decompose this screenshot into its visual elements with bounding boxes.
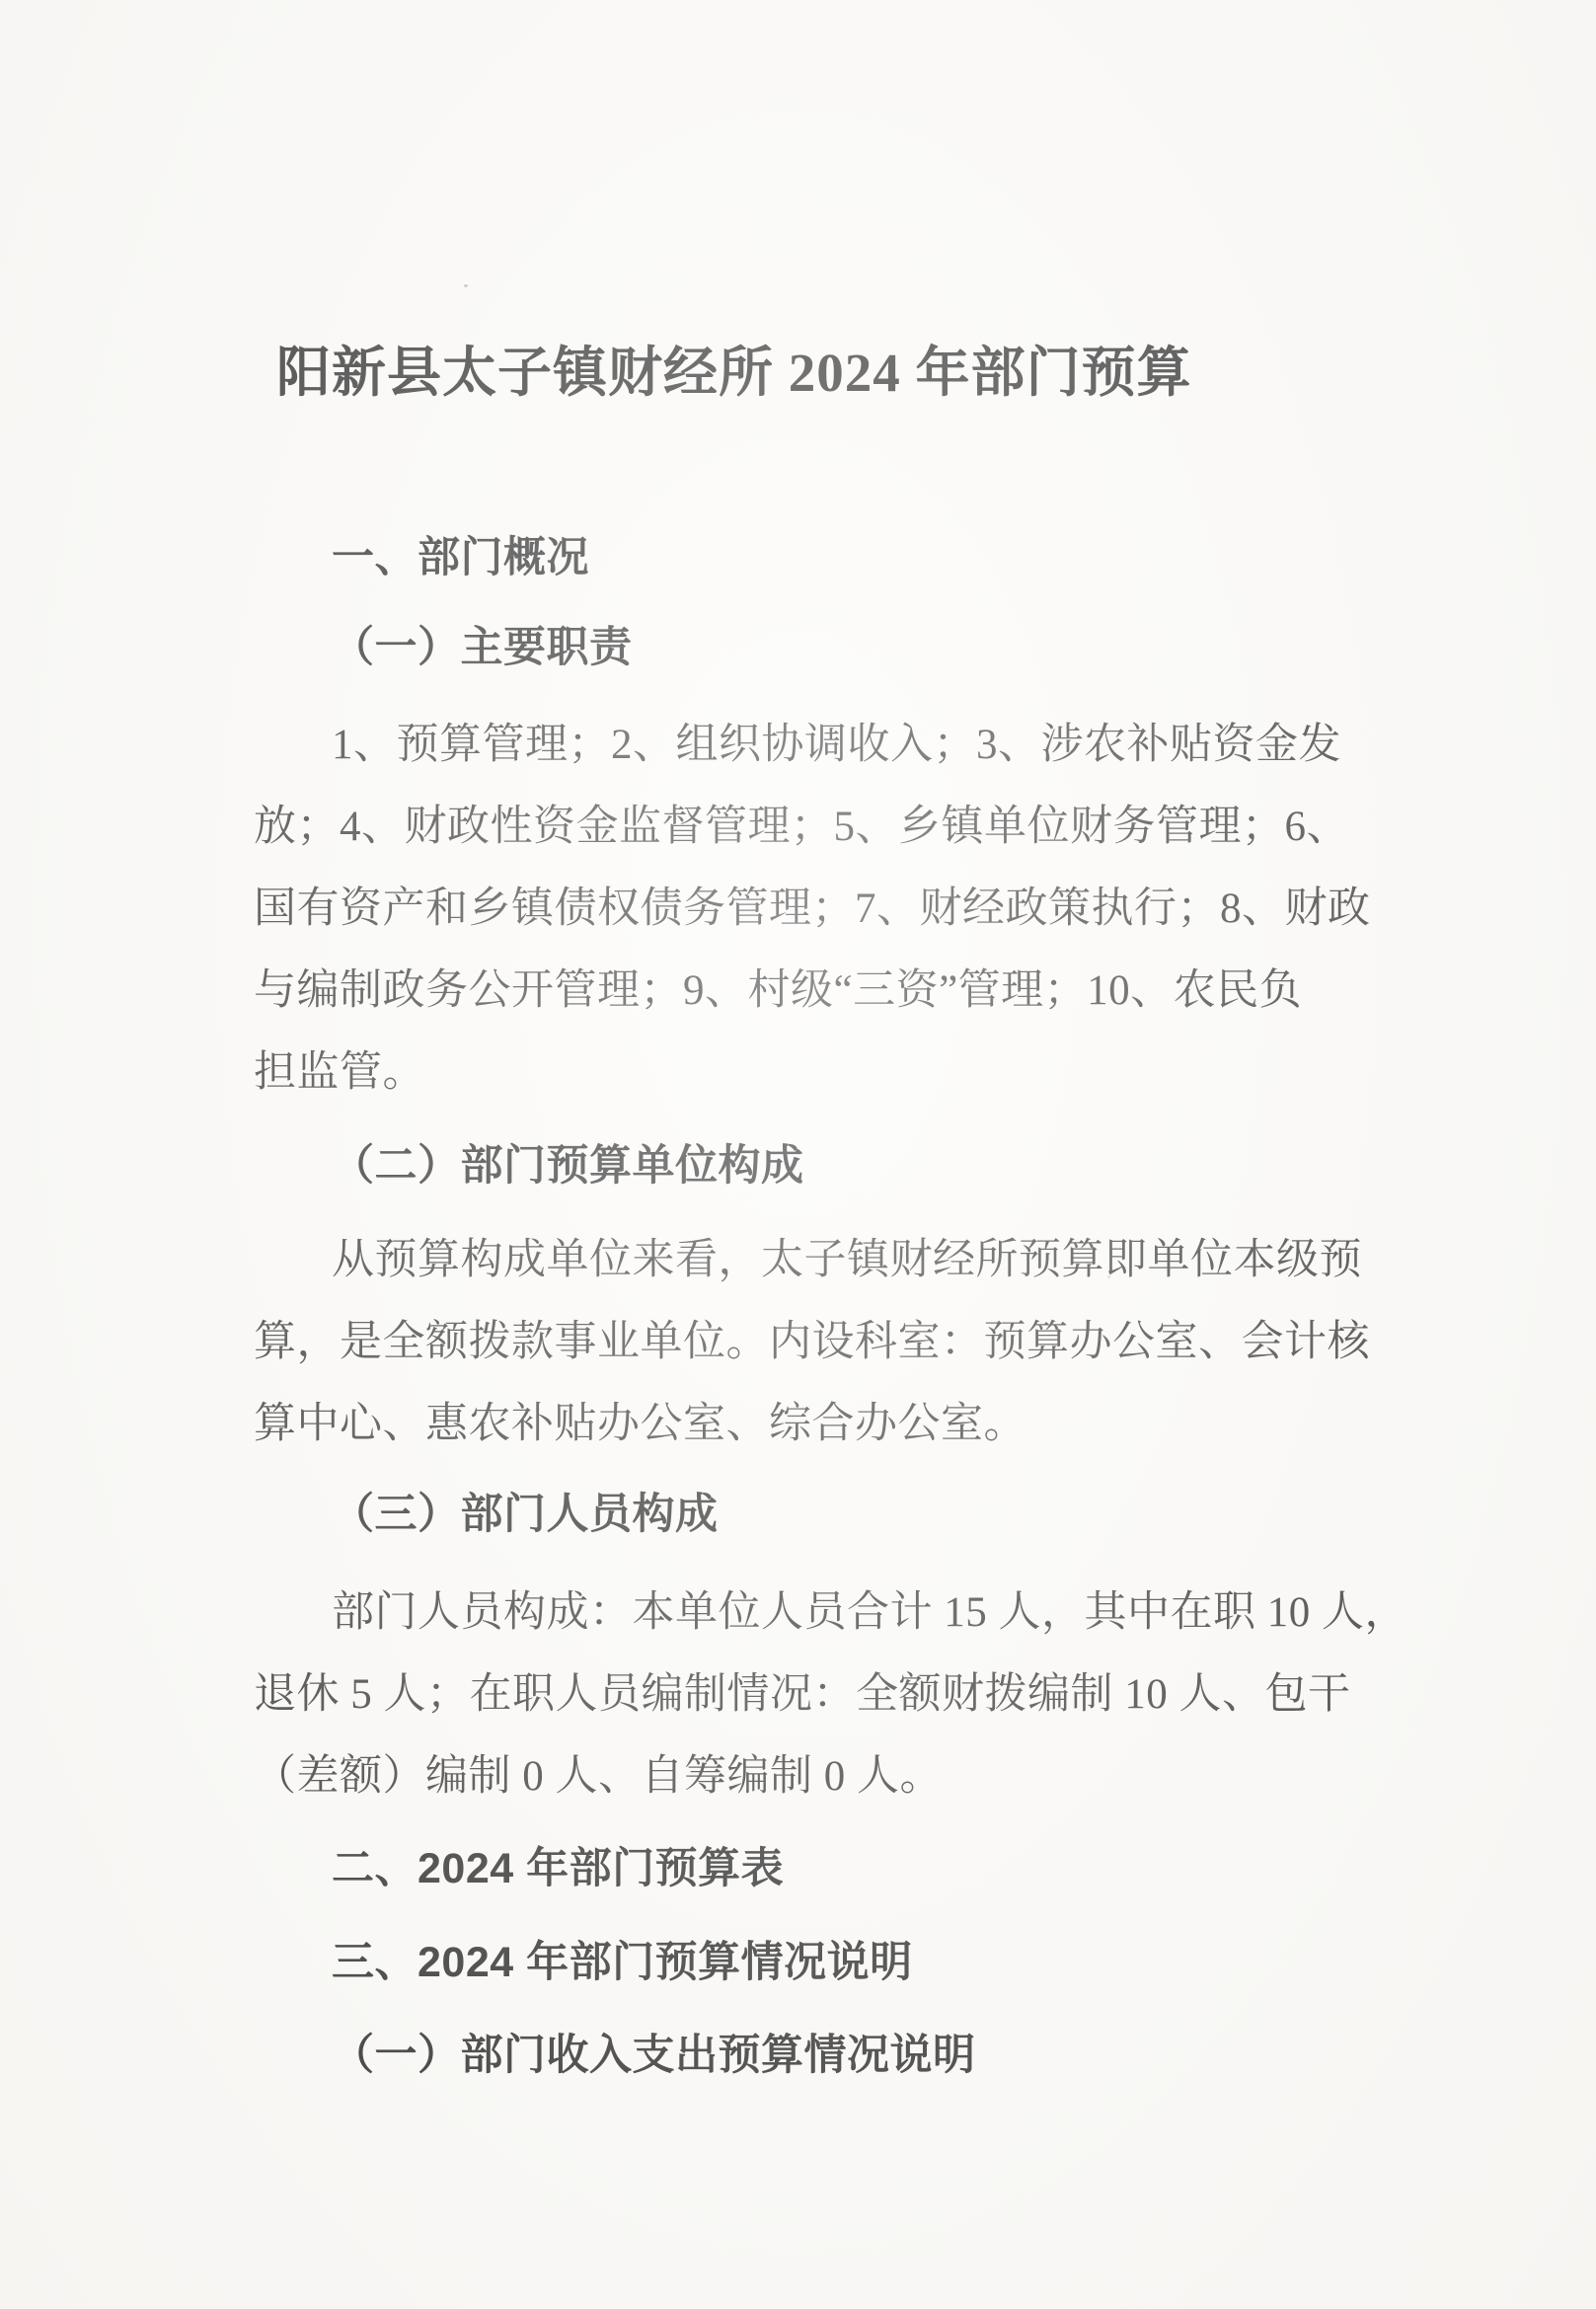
paragraph-unit-line-1: 从预算构成单位来看，太子镇财经所预算即单位本级预 xyxy=(332,1219,1362,1302)
paragraph-duties-line-4: 与编制政务公开管理；9、村级“三资”管理；10、农民负 xyxy=(254,950,1302,1033)
subsection-heading-income-expense-notes: （一）部门收入支出预算情况说明 xyxy=(332,2015,976,2098)
paragraph-duties-line-5: 担监管。 xyxy=(254,1032,425,1115)
paragraph-duties-line-1: 1、预算管理；2、组织协调收入；3、涉农补贴资金发 xyxy=(332,704,1341,787)
section-heading-budget-notes: 三、2024 年部门预算情况说明 xyxy=(332,1921,913,2004)
subsection-heading-duties: （一）主要职责 xyxy=(332,607,633,690)
document-title: 阳新县太子镇财经所 2024 年部门预算 xyxy=(276,332,1192,415)
section-heading-budget-table: 二、2024 年部门预算表 xyxy=(332,1827,784,1910)
paragraph-staff-line-2: 退休 5 人；在职人员编制情况：全额财拨编制 10 人、包干 xyxy=(254,1654,1351,1736)
paragraph-staff-line-1: 部门人员构成：本单位人员合计 15 人，其中在职 10 人， xyxy=(332,1572,1407,1655)
paragraph-staff-line-3: （差额）编制 0 人、自筹编制 0 人。 xyxy=(254,1735,943,1818)
paragraph-duties-line-2: 放；4、财政性资金监督管理；5、乡镇单位财务管理；6、 xyxy=(254,786,1349,869)
subsection-heading-unit-composition: （二）部门预算单位构成 xyxy=(332,1125,804,1208)
paragraph-unit-line-2: 算，是全额拨款事业单位。内设科室：预算办公室、会计核 xyxy=(254,1301,1370,1384)
subsection-heading-staff-composition: （三）部门人员构成 xyxy=(332,1474,719,1557)
paragraph-duties-line-3: 国有资产和乡镇债权债务管理；7、财经政策执行；8、财政 xyxy=(254,868,1371,951)
paragraph-unit-line-3: 算中心、惠农补贴办公室、综合办公室。 xyxy=(254,1383,1026,1466)
section-heading-overview: 一、部门概况 xyxy=(332,516,589,599)
document-page: 阳新县太子镇财经所 2024 年部门预算 一、部门概况 （一）主要职责 1、预算… xyxy=(0,0,1596,2309)
scan-speck xyxy=(464,284,468,287)
